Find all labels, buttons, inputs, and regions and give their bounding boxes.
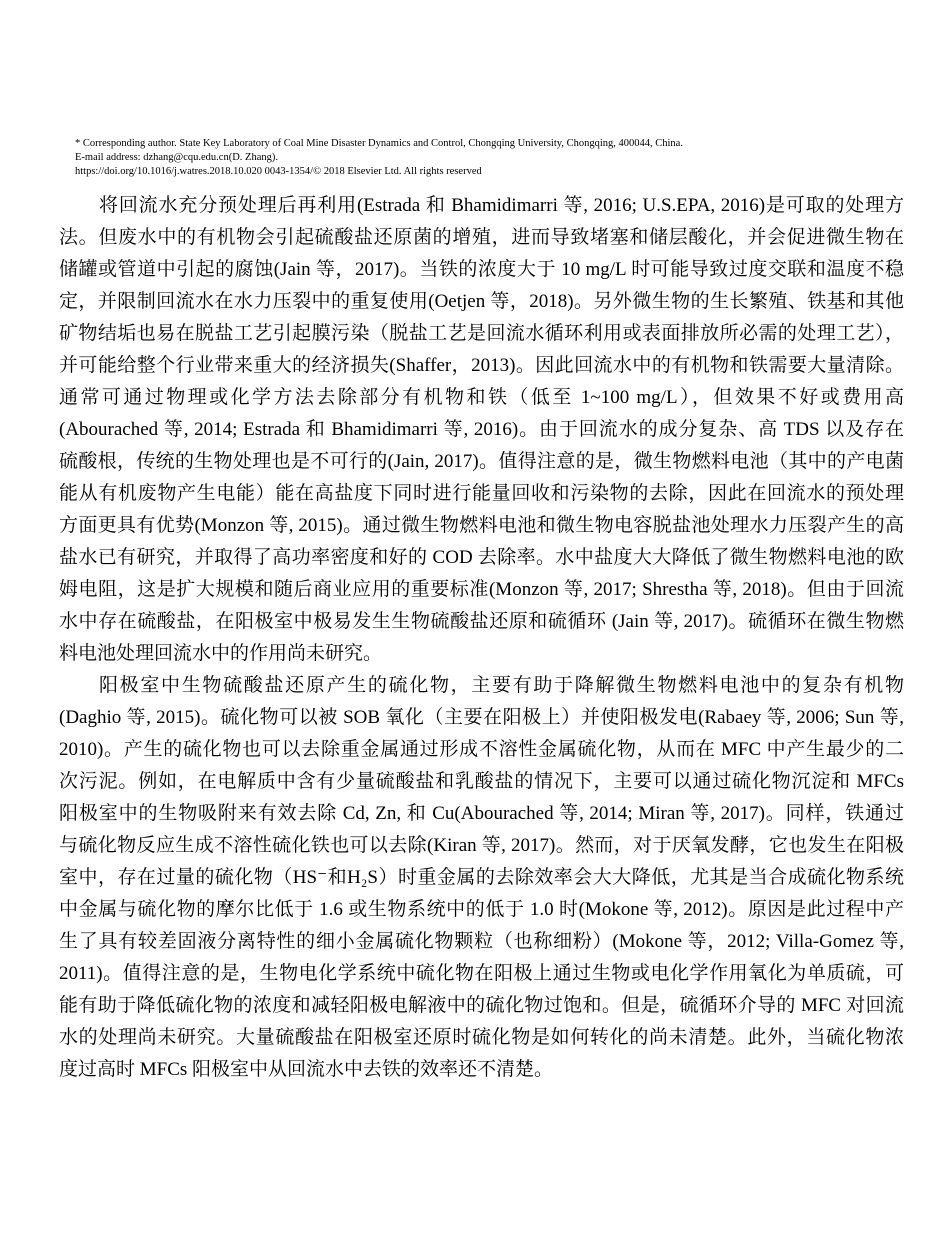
text-line: 度过高时 MFCs 阳极室中从回流水中去铁的效率还不清楚。 [59,1054,904,1086]
text-line: 储罐或管道中引起的腐蚀(Jain 等，2017)。当铁的浓度大于 10 mg/L… [59,254,904,286]
text-line: 阳极室中的生物吸附来有效去除 Cd, Zn, 和 Cu(Abourached 等… [59,798,904,830]
text-line: 能有助于降低硫化物的浓度和减轻阳极电解液中的硫化物过饱和。但是，硫循环介导的 M… [59,990,904,1022]
text-line: 能从有机废物产生电能）能在高盐度下同时进行能量回收和污染物的去除，因此在回流水的… [59,478,904,510]
text-line: 料电池处理回流水中的作用尚未研究。 [59,638,904,670]
text-line: 中金属与硫化物的摩尔比低于 1.6 或生物系统中的低于 1.0 时(Mokone… [59,894,904,926]
text-line: 并可能给整个行业带来重大的经济损失(Shaffer，2013)。因此回流水中的有… [59,350,904,382]
text-line: 水中存在硫酸盐，在阳极室中极易发生生物硫酸盐还原和硫循环 (Jain 等, 20… [59,606,904,638]
doi-copyright-line: https://doi.org/10.1016/j.watres.2018.10… [75,165,855,179]
text-line: 将回流水充分预处理后再利用(Estrada 和 Bhamidimarri 等, … [59,190,904,222]
article-body: 将回流水充分预处理后再利用(Estrada 和 Bhamidimarri 等, … [59,190,904,1086]
text-line: 方面更具有优势(Monzon 等, 2015)。通过微生物燃料电池和微生物电容脱… [59,510,904,542]
text-line: 定，并限制回流水在水力压裂中的重复使用(Oetjen 等，2018)。另外微生物… [59,286,904,318]
text-line: 硫酸根，传统的生物处理也是不可行的(Jain, 2017)。值得注意的是，微生物… [59,446,904,478]
text-line: 2010)。产生的硫化物也可以去除重金属通过形成不溶性金属硫化物，从而在 MFC… [59,734,904,766]
text-line: 与硫化物反应生成不溶性硫化铁也可以去除(Kiran 等, 2017)。然而，对于… [59,830,904,862]
paper-page: * Corresponding author. State Key Labora… [0,0,926,1234]
text-line: (Abourached 等, 2014; Estrada 和 Bhamidima… [59,414,904,446]
paragraph: 将回流水充分预处理后再利用(Estrada 和 Bhamidimarri 等, … [59,190,904,670]
text-line: (Daghio 等, 2015)。硫化物可以被 SOB 氧化（主要在阳极上）并使… [59,702,904,734]
text-line: 姆电阻，这是扩大规模和随后商业应用的重要标准(Monzon 等, 2017; S… [59,574,904,606]
text-line: 盐水已有研究，并取得了高功率密度和好的 COD 去除率。水中盐度大大降低了微生物… [59,542,904,574]
text-line: 通常可通过物理或化学方法去除部分有机物和铁（低至 1~100 mg/L），但效果… [59,382,904,414]
text-line: 2011)。值得注意的是，生物电化学系统中硫化物在阳极上通过生物或电化学作用氧化… [59,958,904,990]
text-line: 法。但废水中的有机物会引起硫酸盐还原菌的增殖，进而导致堵塞和储层酸化，并会促进微… [59,222,904,254]
email-address-line: E-mail address: dzhang@cqu.edu.cn(D. Zha… [75,151,855,165]
text-line: 矿物结垢也易在脱盐工艺引起膜污染（脱盐工艺是回流水循环利用或表面排放所必需的处理… [59,318,904,350]
text-line: 水的处理尚未研究。大量硫酸盐在阳极室还原时硫化物是如何转化的尚未清楚。此外，当硫… [59,1022,904,1054]
text-line: 室中，存在过量的硫化物（HS⁻和H₂S）时重金属的去除效率会大大降低，尤其是当合… [59,862,904,894]
footnote-block: * Corresponding author. State Key Labora… [75,137,855,178]
corresponding-author-note: * Corresponding author. State Key Labora… [75,137,855,151]
paragraph: 阳极室中生物硫酸盐还原产生的硫化物，主要有助于降解微生物燃料电池中的复杂有机物(… [59,670,904,1086]
text-line: 生了具有较差固液分离特性的细小金属硫化物颗粒（也称细粉）(Mokone 等，20… [59,926,904,958]
text-line: 阳极室中生物硫酸盐还原产生的硫化物，主要有助于降解微生物燃料电池中的复杂有机物 [59,670,904,702]
text-line: 次污泥。例如，在电解质中含有少量硫酸盐和乳酸盐的情况下，主要可以通过硫化物沉淀和… [59,766,904,798]
